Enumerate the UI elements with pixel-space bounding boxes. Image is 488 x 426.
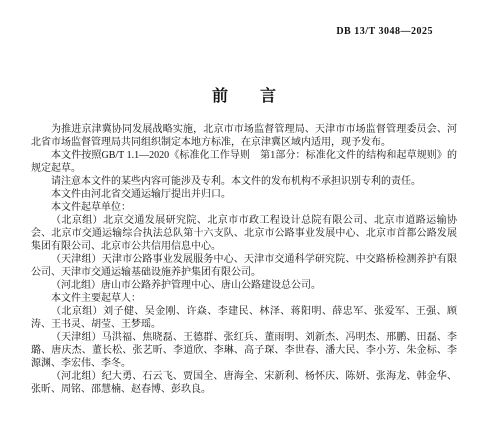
paragraph-tianjin-drafters: （天津组）马洪福、焦晓磊、王德群、张红兵、董雨明、刘新杰、冯明杰、邢鹏、田磊、李… [31, 331, 457, 370]
paragraph-beijing-units: （北京组）北京交通发展研究院、北京市市政工程设计总院有限公司、北京市道路运输协会… [31, 214, 457, 253]
standard-number-header: DB 13/T 3048—2025 [336, 26, 433, 37]
paragraph-drafters-label: 本文件主要起草人： [31, 292, 457, 305]
paragraph-tianjin-units: （天津组）天津市公路事业发展服务中心、天津市交通科学研究院、中交路桥检测养护有限… [31, 253, 457, 279]
paragraph-proposed-by: 本文件由河北省交通运输厅提出并归口。 [31, 188, 457, 201]
page-title: 前 言 [0, 83, 488, 106]
paragraph-beijing-drafters: （北京组）刘子健、吴金刚、许焱、李建民、林泽、蒋阳明、薛忠军、张爱军、王强、顾涛… [31, 305, 457, 331]
paragraph-hebei-units: （河北组）唐山市公路养护管理中心、唐山公路建设总公司。 [31, 279, 457, 292]
paragraph-patent-notice: 请注意本文件的某些内容可能涉及专利。本文件的发布机构不承担识别专利的责任。 [31, 175, 457, 188]
paragraph-drafting-units-label: 本文件起草单位： [31, 201, 457, 214]
paragraph-intro: 为推进京津冀协同发展战略实施，北京市市场监督管理局、天津市市场监督管理委员会、河… [31, 123, 457, 149]
preface-body: 为推进京津冀协同发展战略实施，北京市市场监督管理局、天津市市场监督管理委员会、河… [31, 123, 457, 396]
document-page: DB 13/T 3048—2025 前 言 为推进京津冀协同发展战略实施，北京市… [0, 0, 488, 426]
paragraph-drafting-rule: 本文件按照GB/T 1.1—2020《标准化工作导则 第1部分：标准化文件的结构… [31, 149, 457, 175]
paragraph-hebei-drafters: （河北组）纪大勇、石云飞、贾国全、唐海全、宋新利、杨怀庆、陈妍、张海龙、韩金华、… [31, 370, 457, 396]
